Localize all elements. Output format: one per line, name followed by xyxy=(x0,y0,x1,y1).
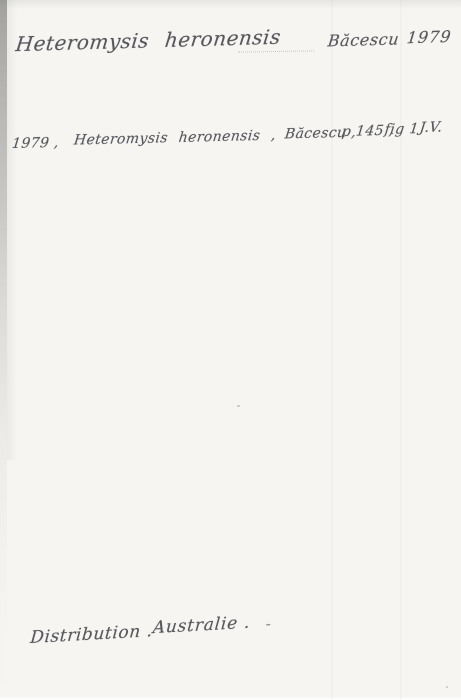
distribution-trailing-dash-text: - xyxy=(265,614,272,632)
distribution-label: Distribution . xyxy=(30,621,154,648)
citation-species-text: Heteromysis heronensis , xyxy=(73,128,277,149)
citation-figure-text: fig 1 xyxy=(384,121,420,138)
species-author-handwritten: Băcescu xyxy=(328,29,400,50)
scan-edge-shadow-top xyxy=(0,0,461,9)
paper-speck xyxy=(446,686,448,688)
species-author-text: Băcescu xyxy=(327,29,401,50)
distribution-value-text: Australie . xyxy=(152,613,251,639)
paper-crease xyxy=(331,0,333,700)
paper-speck xyxy=(237,405,240,407)
citation-species: Heteromysis heronensis , xyxy=(74,128,276,149)
distribution-trailing-dash: - xyxy=(265,615,271,633)
distribution-label-text: Distribution . xyxy=(29,621,153,648)
scan-edge-shadow-left xyxy=(0,0,7,700)
distribution-value: Australie . xyxy=(152,613,251,638)
scan-edge-highlight-bottom xyxy=(0,696,461,700)
citation-year-text: 1979 , xyxy=(11,135,60,152)
distribution-line: Distribution . Australie . - xyxy=(0,592,461,652)
species-year-handwritten: 1979 xyxy=(407,27,452,47)
citation-initials: J.V. xyxy=(420,119,443,136)
species-header-line: Heteromysis heronensis Băcescu 1979 xyxy=(0,18,461,71)
citation-initials-text: J.V. xyxy=(419,119,444,136)
scanned-index-card: Heteromysis heronensis Băcescu 1979 1979… xyxy=(0,0,461,700)
citation-year: 1979 , xyxy=(12,135,59,152)
citation-line: 1979 , Heteromysis heronensis , Băcescu … xyxy=(0,120,461,157)
citation-figure-ref: fig 1 xyxy=(385,121,419,138)
species-year-text: 1979 xyxy=(406,27,453,47)
